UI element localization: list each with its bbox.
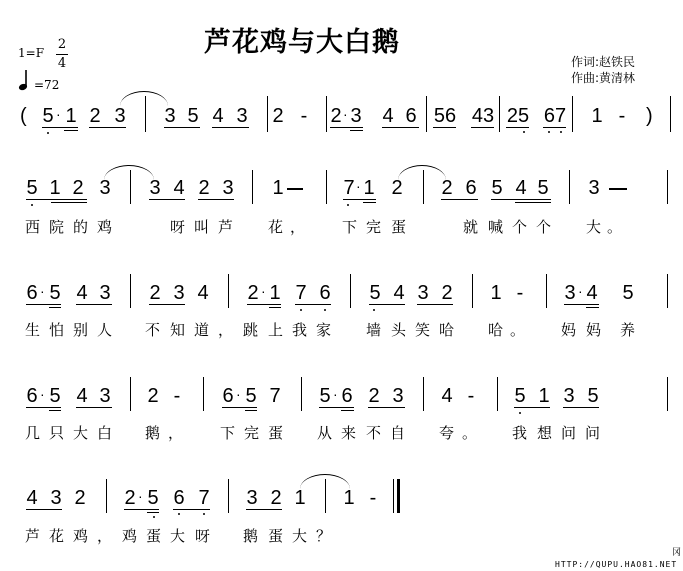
barline bbox=[546, 274, 547, 308]
lyric: 别 bbox=[73, 321, 88, 339]
note: 1 bbox=[64, 106, 78, 126]
note: 3 bbox=[148, 178, 162, 198]
low-octave-dot bbox=[324, 309, 326, 311]
lyric: 我 bbox=[512, 424, 527, 442]
barline bbox=[106, 479, 107, 513]
underline bbox=[343, 199, 376, 200]
note: 1 bbox=[537, 386, 551, 406]
note: 5 bbox=[146, 488, 160, 508]
lyric: 墙 bbox=[366, 321, 381, 339]
note: 3 bbox=[349, 106, 363, 126]
barline bbox=[426, 96, 427, 132]
note: 6 bbox=[404, 106, 418, 126]
note: 2 bbox=[440, 283, 454, 303]
underline bbox=[26, 304, 61, 305]
lyric: 大 bbox=[170, 527, 185, 545]
note: 3 bbox=[98, 178, 112, 198]
lyric: 。 bbox=[462, 424, 477, 442]
lyric: 鹅 bbox=[243, 527, 258, 545]
underline bbox=[26, 509, 62, 510]
lyric: 怕 bbox=[49, 321, 64, 339]
note: 5 bbox=[513, 386, 527, 406]
lyric: 来 bbox=[341, 424, 356, 442]
note: 5 bbox=[536, 178, 550, 198]
note: 3 bbox=[587, 178, 601, 198]
note: 2 bbox=[390, 178, 404, 198]
watermark-logo-icon: 冈 bbox=[672, 548, 681, 558]
lyric: 完 bbox=[244, 424, 259, 442]
low-octave-dot bbox=[373, 309, 375, 311]
note: 7 bbox=[197, 488, 211, 508]
note: 3 bbox=[113, 106, 127, 126]
lyric: 蛋 bbox=[391, 218, 406, 236]
lyric: 哈 bbox=[439, 321, 454, 339]
note: 2 bbox=[88, 106, 102, 126]
underline bbox=[49, 410, 61, 411]
lyric: 大 bbox=[292, 527, 307, 545]
note: 2 bbox=[246, 283, 260, 303]
note: 4 bbox=[75, 386, 89, 406]
note: 2 bbox=[146, 386, 160, 406]
underline bbox=[586, 307, 599, 308]
lyric: 妈 bbox=[561, 321, 576, 339]
note: 6 bbox=[172, 488, 186, 508]
note: 3 bbox=[563, 283, 577, 303]
tie bbox=[104, 165, 154, 180]
underline bbox=[515, 202, 551, 203]
lyric: 从 bbox=[317, 424, 332, 442]
note: 5 bbox=[25, 178, 39, 198]
underline bbox=[76, 407, 112, 408]
barline bbox=[252, 170, 253, 204]
underline bbox=[514, 407, 550, 408]
lyric: 自 bbox=[390, 424, 405, 442]
lyric: 院 bbox=[49, 218, 64, 236]
note: 2 bbox=[123, 488, 137, 508]
barline bbox=[267, 96, 268, 132]
barline bbox=[228, 274, 229, 308]
lyric: 下 bbox=[220, 424, 235, 442]
barline bbox=[326, 96, 327, 132]
underline bbox=[89, 127, 126, 128]
lyric: ， bbox=[290, 218, 305, 236]
underline bbox=[433, 127, 456, 128]
note: 7 bbox=[342, 178, 356, 198]
underline bbox=[51, 202, 87, 203]
barline bbox=[203, 377, 204, 411]
low-octave-dot bbox=[548, 131, 550, 133]
note: 4 bbox=[514, 178, 528, 198]
underline bbox=[368, 407, 405, 408]
lyric: 鸡 bbox=[97, 218, 112, 236]
lyric: 养 bbox=[620, 321, 635, 339]
tempo-marking: =72 bbox=[34, 78, 59, 92]
note: 2 bbox=[440, 178, 454, 198]
underline bbox=[42, 127, 78, 128]
underline bbox=[173, 509, 210, 510]
lyric: 生 bbox=[25, 321, 40, 339]
note: 6 bbox=[340, 386, 354, 406]
underline bbox=[295, 304, 331, 305]
note: 3 bbox=[416, 283, 430, 303]
barline bbox=[301, 377, 302, 411]
lyric: 跳 bbox=[243, 321, 258, 339]
note: 2 bbox=[73, 488, 87, 508]
underline bbox=[149, 199, 185, 200]
lyric: 人 bbox=[97, 321, 112, 339]
lyric: 妈 bbox=[586, 321, 601, 339]
lyric: 大 bbox=[586, 218, 601, 236]
underline bbox=[245, 410, 257, 411]
dash: - bbox=[464, 386, 478, 406]
note: 3 bbox=[163, 106, 177, 126]
augmentation-dot: · bbox=[236, 384, 241, 404]
note: 2 bbox=[197, 178, 211, 198]
underline bbox=[369, 304, 405, 305]
note: 2 bbox=[367, 386, 381, 406]
lyric: 个 bbox=[512, 218, 527, 236]
note: 1 bbox=[293, 488, 307, 508]
lyric: 就 bbox=[463, 218, 478, 236]
note: 3 bbox=[245, 488, 259, 508]
lyric: 知 bbox=[170, 321, 185, 339]
low-octave-dot bbox=[178, 513, 180, 515]
barline bbox=[670, 96, 671, 132]
augmentation-dot: · bbox=[343, 104, 348, 124]
final-barline-thick bbox=[397, 479, 400, 513]
tie bbox=[120, 91, 168, 106]
note: 3 bbox=[98, 283, 112, 303]
underline bbox=[26, 407, 61, 408]
dash bbox=[287, 188, 303, 190]
underline bbox=[76, 304, 112, 305]
note: 1 bbox=[48, 178, 62, 198]
low-octave-dot bbox=[523, 131, 525, 133]
note: 4 bbox=[381, 106, 395, 126]
lyric: 不 bbox=[145, 321, 160, 339]
lyric: 鹅 bbox=[145, 424, 160, 442]
underline bbox=[564, 304, 599, 305]
lyric: 哈 bbox=[488, 321, 503, 339]
note: 6 bbox=[25, 283, 39, 303]
augmentation-dot: · bbox=[356, 176, 361, 196]
barline bbox=[325, 479, 326, 513]
underline bbox=[247, 304, 281, 305]
note: 4 bbox=[172, 178, 186, 198]
lyric: 问 bbox=[561, 424, 576, 442]
low-octave-dot bbox=[203, 513, 205, 515]
note: 5 bbox=[490, 178, 504, 198]
note: 5 bbox=[368, 283, 382, 303]
note: 4 bbox=[585, 283, 599, 303]
barline bbox=[228, 479, 229, 513]
lyric: 道 bbox=[194, 321, 209, 339]
final-barline-thin bbox=[393, 479, 394, 513]
note: 6 bbox=[318, 283, 332, 303]
note-group: 56 bbox=[432, 106, 458, 126]
underline bbox=[124, 509, 159, 510]
lyric: 不 bbox=[366, 424, 381, 442]
time-signature-line bbox=[56, 54, 68, 55]
dash: - bbox=[615, 106, 629, 126]
lyric: 下 bbox=[342, 218, 357, 236]
note: 1 bbox=[489, 283, 503, 303]
note: 3 bbox=[172, 283, 186, 303]
underline bbox=[363, 202, 376, 203]
time-signature-denominator: 4 bbox=[55, 56, 69, 71]
low-octave-dot bbox=[519, 412, 521, 414]
lyric: 蛋 bbox=[268, 424, 283, 442]
underline bbox=[382, 127, 419, 128]
note: 5 bbox=[186, 106, 200, 126]
lyric: 呀 bbox=[170, 218, 185, 236]
augmentation-dot: · bbox=[578, 281, 583, 301]
barline bbox=[130, 377, 131, 411]
barline bbox=[326, 170, 327, 204]
underline bbox=[149, 304, 185, 305]
barline bbox=[499, 96, 500, 132]
lyric: 家 bbox=[316, 321, 331, 339]
note: 1 bbox=[342, 488, 356, 508]
lyric: 夸 bbox=[439, 424, 454, 442]
note-group: 67 bbox=[542, 106, 568, 126]
note: 5 bbox=[586, 386, 600, 406]
note: 3 bbox=[391, 386, 405, 406]
lyric: 芦 bbox=[218, 218, 233, 236]
lyric: 西 bbox=[25, 218, 40, 236]
underline bbox=[543, 127, 566, 128]
underline bbox=[147, 512, 159, 513]
lyric: 几 bbox=[25, 424, 40, 442]
note: 2 bbox=[269, 488, 283, 508]
augmentation-dot: · bbox=[333, 384, 338, 404]
note: 4 bbox=[25, 488, 39, 508]
underline bbox=[164, 127, 200, 128]
lyric: 花 bbox=[49, 527, 64, 545]
note-group: 43 bbox=[470, 106, 496, 126]
composer-credit: 作曲:黄清林 bbox=[571, 69, 635, 86]
low-octave-dot bbox=[31, 204, 33, 206]
lyric: 只 bbox=[49, 424, 64, 442]
lyric: 笑 bbox=[415, 321, 430, 339]
lyricist-credit: 作词:赵铁民 bbox=[571, 53, 635, 70]
underline bbox=[441, 199, 478, 200]
barline bbox=[130, 170, 131, 204]
note: 4 bbox=[392, 283, 406, 303]
lyric: 大 bbox=[73, 424, 88, 442]
note: 3 bbox=[49, 488, 63, 508]
note: 7 bbox=[294, 283, 308, 303]
note: 2 bbox=[271, 106, 285, 126]
underline bbox=[341, 410, 354, 411]
open-parenthesis: ( bbox=[20, 106, 27, 126]
lyric: 芦 bbox=[25, 527, 40, 545]
underline bbox=[491, 199, 551, 200]
note: 6 bbox=[464, 178, 478, 198]
underline bbox=[64, 130, 78, 131]
dash: - bbox=[366, 488, 380, 508]
lyric: 想 bbox=[537, 424, 552, 442]
low-octave-dot bbox=[347, 204, 349, 206]
barline bbox=[423, 170, 424, 204]
note: 1 bbox=[590, 106, 604, 126]
underline bbox=[246, 509, 282, 510]
lyric: 上 bbox=[268, 321, 283, 339]
lyric: 花 bbox=[268, 218, 283, 236]
lyric: 呀 bbox=[195, 527, 210, 545]
note: 4 bbox=[211, 106, 225, 126]
note: 5 bbox=[244, 386, 258, 406]
note: 5 bbox=[621, 283, 635, 303]
underline bbox=[319, 407, 354, 408]
lyric: 的 bbox=[73, 218, 88, 236]
note: 7 bbox=[268, 386, 282, 406]
dash: - bbox=[297, 106, 311, 126]
lyric: 叫 bbox=[194, 218, 209, 236]
barline bbox=[572, 96, 573, 132]
note: 1 bbox=[271, 178, 285, 198]
watermark-url: HTTP://QUPU.HAO81.NET bbox=[555, 560, 677, 569]
lyric: 鸡 bbox=[122, 527, 137, 545]
note: 4 bbox=[196, 283, 210, 303]
underline bbox=[563, 407, 599, 408]
underline bbox=[417, 304, 453, 305]
low-octave-dot bbox=[560, 131, 562, 133]
lyric: 完 bbox=[366, 218, 381, 236]
note: 5 bbox=[318, 386, 332, 406]
barline bbox=[472, 274, 473, 308]
song-title: 芦花鸡与大白鹅 bbox=[204, 20, 400, 59]
note: 4 bbox=[75, 283, 89, 303]
note: 5 bbox=[48, 283, 62, 303]
note: 5 bbox=[41, 106, 55, 126]
augmentation-dot: · bbox=[40, 384, 45, 404]
augmentation-dot: · bbox=[56, 104, 61, 124]
barline bbox=[497, 377, 498, 411]
underline bbox=[269, 307, 281, 308]
low-octave-dot bbox=[300, 309, 302, 311]
underline bbox=[350, 130, 363, 131]
tie bbox=[398, 165, 446, 180]
barline bbox=[145, 96, 146, 132]
note: 3 bbox=[98, 386, 112, 406]
barline bbox=[569, 170, 570, 204]
note: 2 bbox=[329, 106, 343, 126]
low-octave-dot bbox=[153, 516, 155, 518]
note: 1 bbox=[362, 178, 376, 198]
augmentation-dot: · bbox=[40, 281, 45, 301]
underline bbox=[330, 127, 363, 128]
time-signature-numerator: 2 bbox=[55, 37, 69, 52]
barline bbox=[130, 274, 131, 308]
note: 6 bbox=[25, 386, 39, 406]
dash: - bbox=[170, 386, 184, 406]
barline bbox=[423, 377, 424, 411]
lyric: 蛋 bbox=[146, 527, 161, 545]
lyric: 。 bbox=[510, 321, 525, 339]
underline bbox=[49, 307, 61, 308]
lyric: 我 bbox=[292, 321, 307, 339]
lyric: 白 bbox=[97, 424, 112, 442]
underline bbox=[471, 127, 494, 128]
note: 3 bbox=[221, 178, 235, 198]
underline bbox=[198, 199, 234, 200]
lyric: 喊 bbox=[488, 218, 503, 236]
dash: - bbox=[513, 283, 527, 303]
barline bbox=[350, 274, 351, 308]
augmentation-dot: · bbox=[261, 281, 266, 301]
barline bbox=[667, 274, 668, 308]
lyric: 鸡 bbox=[73, 527, 88, 545]
lyric: 头 bbox=[391, 321, 406, 339]
underline bbox=[506, 127, 529, 128]
note: 6 bbox=[221, 386, 235, 406]
lyric: ？ bbox=[316, 527, 331, 545]
note: 3 bbox=[562, 386, 576, 406]
lyric: 个 bbox=[536, 218, 551, 236]
barline bbox=[667, 170, 668, 204]
underline bbox=[212, 127, 249, 128]
close-parenthesis: ) bbox=[646, 106, 653, 126]
lyric: 蛋 bbox=[268, 527, 283, 545]
augmentation-dot: · bbox=[138, 486, 143, 506]
note: 2 bbox=[71, 178, 85, 198]
note: 3 bbox=[235, 106, 249, 126]
low-octave-dot bbox=[47, 132, 49, 134]
barline bbox=[667, 377, 668, 411]
key-signature: 1=F bbox=[18, 46, 44, 60]
note: 2 bbox=[148, 283, 162, 303]
note: 4 bbox=[440, 386, 454, 406]
note-group: 25 bbox=[505, 106, 531, 126]
note: 1 bbox=[268, 283, 282, 303]
note: 5 bbox=[48, 386, 62, 406]
lyric: ， bbox=[218, 321, 233, 339]
lyric: 问 bbox=[585, 424, 600, 442]
lyric: ， bbox=[97, 527, 112, 545]
lyric: 。 bbox=[607, 218, 622, 236]
dash bbox=[609, 188, 627, 190]
underline bbox=[222, 407, 257, 408]
lyric: ， bbox=[168, 424, 183, 442]
underline bbox=[26, 199, 87, 200]
quarter-note-icon bbox=[18, 69, 30, 91]
